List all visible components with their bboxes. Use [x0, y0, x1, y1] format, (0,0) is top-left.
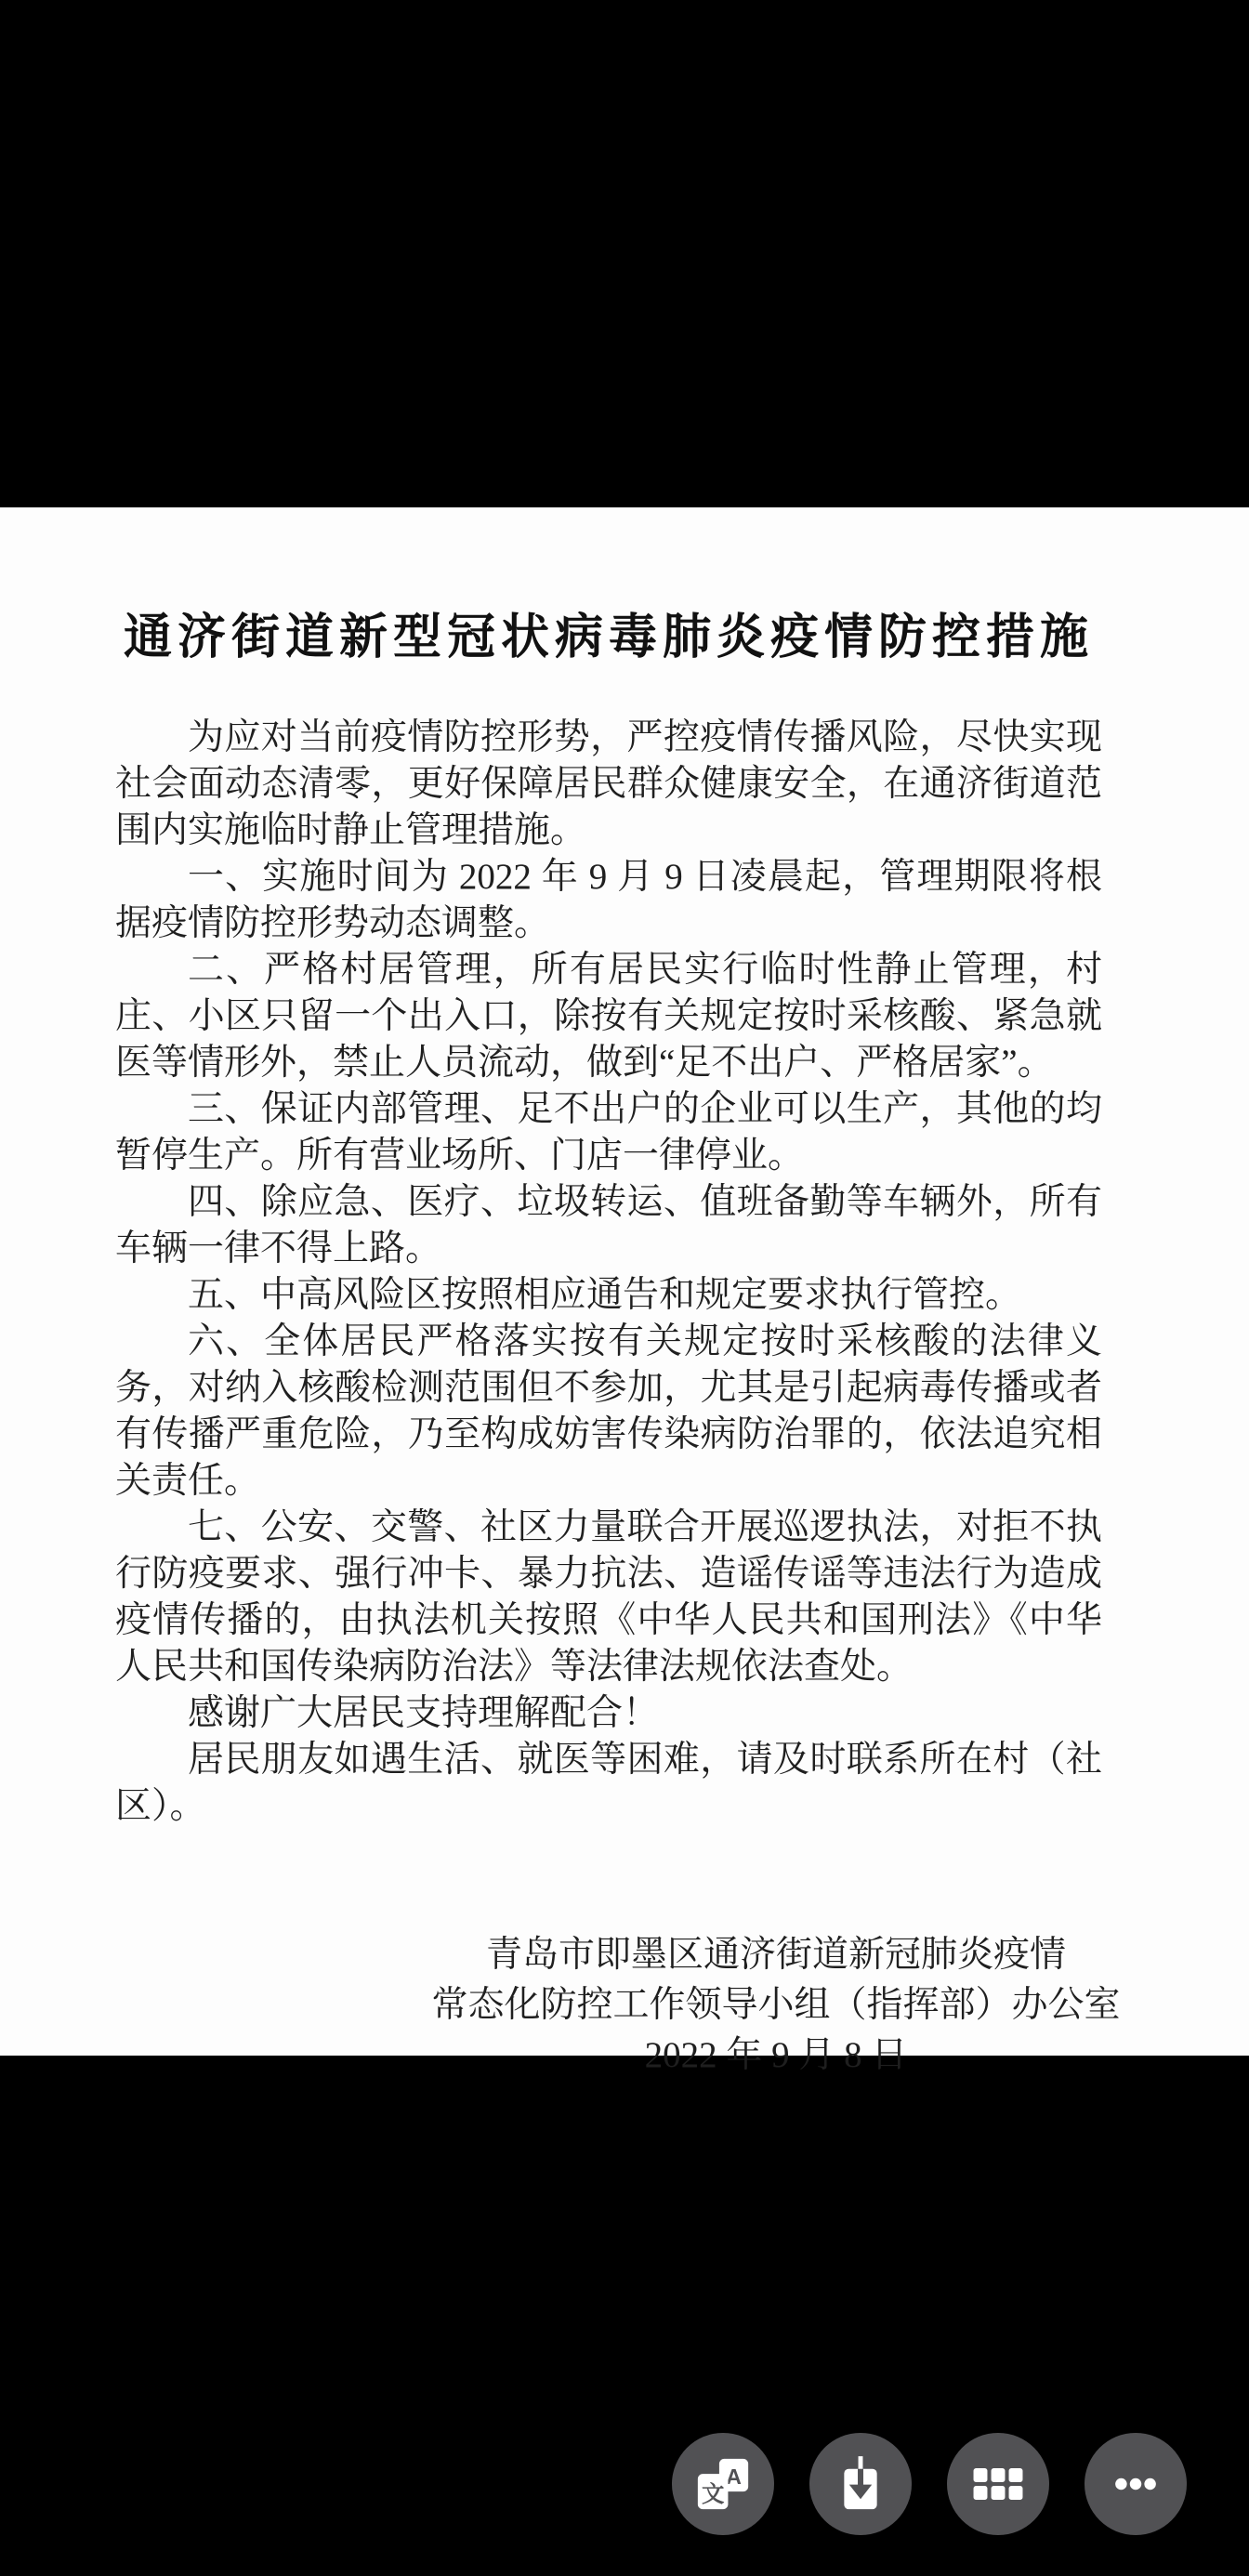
paragraph-item-2: 二、严格村居管理，所有居民实行临时性静止管理，村庄、小区只留一个出入口，除按有关… [115, 947, 1102, 1086]
translate-button[interactable]: A 文 [672, 2433, 774, 2535]
signature-block: 青岛市即墨区通济街道新冠肺炎疫情 常态化防控工作领导小组（指挥部）办公室 202… [283, 1930, 1249, 2081]
signature-org-line1: 青岛市即墨区通济街道新冠肺炎疫情 [283, 1930, 1249, 1980]
more-button[interactable] [1085, 2433, 1187, 2535]
document-body: 为应对当前疫情防控形势，严控疫情传播风险，尽快实现社会面动态清零，更好保障居民群… [115, 715, 1102, 1830]
grid-button[interactable] [947, 2433, 1049, 2535]
paragraph-item-1: 一、实施时间为 2022 年 9 月 9 日凌晨起，管理期限将根据疫情防控形势动… [115, 854, 1102, 947]
more-icon [1100, 2449, 1171, 2519]
grid-icon [963, 2449, 1033, 2519]
document-page: 通济街道新型冠状病毒肺炎疫情防控措施 为应对当前疫情防控形势，严控疫情传播风险，… [0, 507, 1249, 2056]
paragraph-contact: 居民朋友如遇生活、就医等困难，请及时联系所在村（社区）。 [115, 1737, 1102, 1830]
paragraph-thanks: 感谢广大居民支持理解配合！ [115, 1690, 1102, 1737]
paragraph-intro: 为应对当前疫情防控形势，严控疫情传播风险，尽快实现社会面动态清零，更好保障居民群… [115, 715, 1102, 854]
paragraph-item-7: 七、公安、交警、社区力量联合开展巡逻执法，对拒不执行防疫要求、强行冲卡、暴力抗法… [115, 1505, 1102, 1690]
document-content: 通济街道新型冠状病毒肺炎疫情防控措施 为应对当前疫情防控形势，严控疫情传播风险，… [0, 507, 1249, 2081]
paragraph-item-5: 五、中高风险区按照相应通告和规定要求执行管控。 [115, 1272, 1102, 1319]
document-title: 通济街道新型冠状病毒肺炎疫情防控措施 [115, 605, 1102, 672]
translate-icon: A 文 [688, 2449, 758, 2519]
download-icon [825, 2449, 896, 2519]
svg-text:文: 文 [702, 2482, 725, 2507]
svg-text:A: A [726, 2464, 742, 2489]
phone-screen: 通济街道新型冠状病毒肺炎疫情防控措施 为应对当前疫情防控形势，严控疫情传播风险，… [0, 0, 1249, 2576]
download-button[interactable] [809, 2433, 912, 2535]
paragraph-item-3: 三、保证内部管理、足不出户的企业可以生产，其他的均暂停生产。所有营业场所、门店一… [115, 1086, 1102, 1179]
paragraph-item-4: 四、除应急、医疗、垃圾转运、值班备勤等车辆外，所有车辆一律不得上路。 [115, 1179, 1102, 1272]
paragraph-item-6: 六、全体居民严格落实按有关规定按时采核酸的法律义务，对纳入核酸检测范围但不参加，… [115, 1319, 1102, 1505]
signature-date: 2022 年 9 月 8 日 [283, 2031, 1249, 2081]
bottom-action-toolbar: A 文 [672, 2433, 1187, 2535]
signature-org-line2: 常态化防控工作领导小组（指挥部）办公室 [283, 1980, 1249, 2031]
